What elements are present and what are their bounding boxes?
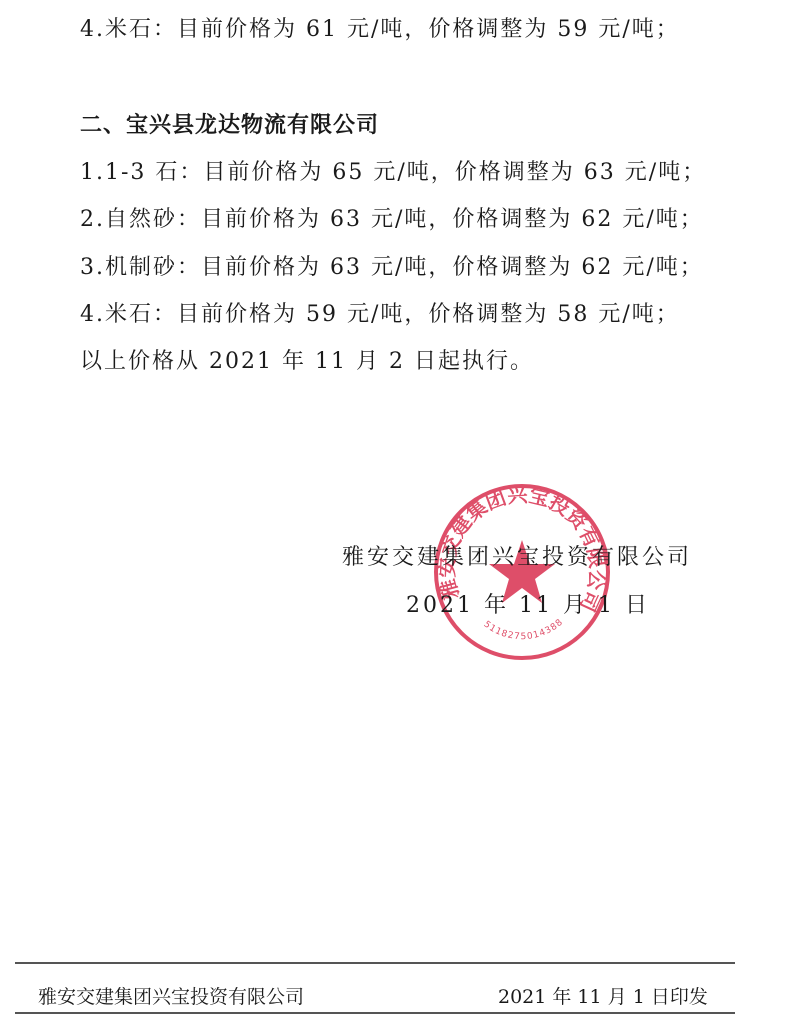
- signature-date: 2021 年 11 月 1 日: [406, 588, 650, 619]
- effective-note: 以上价格从 2021 年 11 月 2 日起执行。: [80, 344, 534, 375]
- price-item: 2.自然砂：目前价格为 63 元/吨，价格调整为 62 元/吨；: [80, 202, 704, 233]
- section-heading: 二、宝兴县龙达物流有限公司: [80, 108, 379, 139]
- footer-issuer: 雅安交建集团兴宝投资有限公司: [38, 982, 304, 1009]
- signature-company: 雅安交建集团兴宝投资有限公司: [342, 540, 692, 571]
- price-item: 3.机制砂：目前价格为 63 元/吨，价格调整为 62 元/吨；: [80, 250, 704, 281]
- svg-text:5118275014388: 5118275014388: [482, 617, 566, 642]
- footer-issued-date: 2021 年 11 月 1 日印发: [498, 982, 708, 1009]
- footer-bottom-rule: [15, 1012, 735, 1014]
- price-item: 4.米石：目前价格为 59 元/吨，价格调整为 58 元/吨；: [80, 297, 680, 328]
- footer-top-rule: [15, 962, 735, 964]
- company-seal-icon: 雅安交建集团兴宝投资有限公司 5118275014388: [432, 482, 612, 662]
- price-item: 1.1-3 石：目前价格为 65 元/吨，价格调整为 63 元/吨；: [80, 155, 706, 186]
- price-item: 4.米石：目前价格为 61 元/吨，价格调整为 59 元/吨；: [80, 12, 680, 43]
